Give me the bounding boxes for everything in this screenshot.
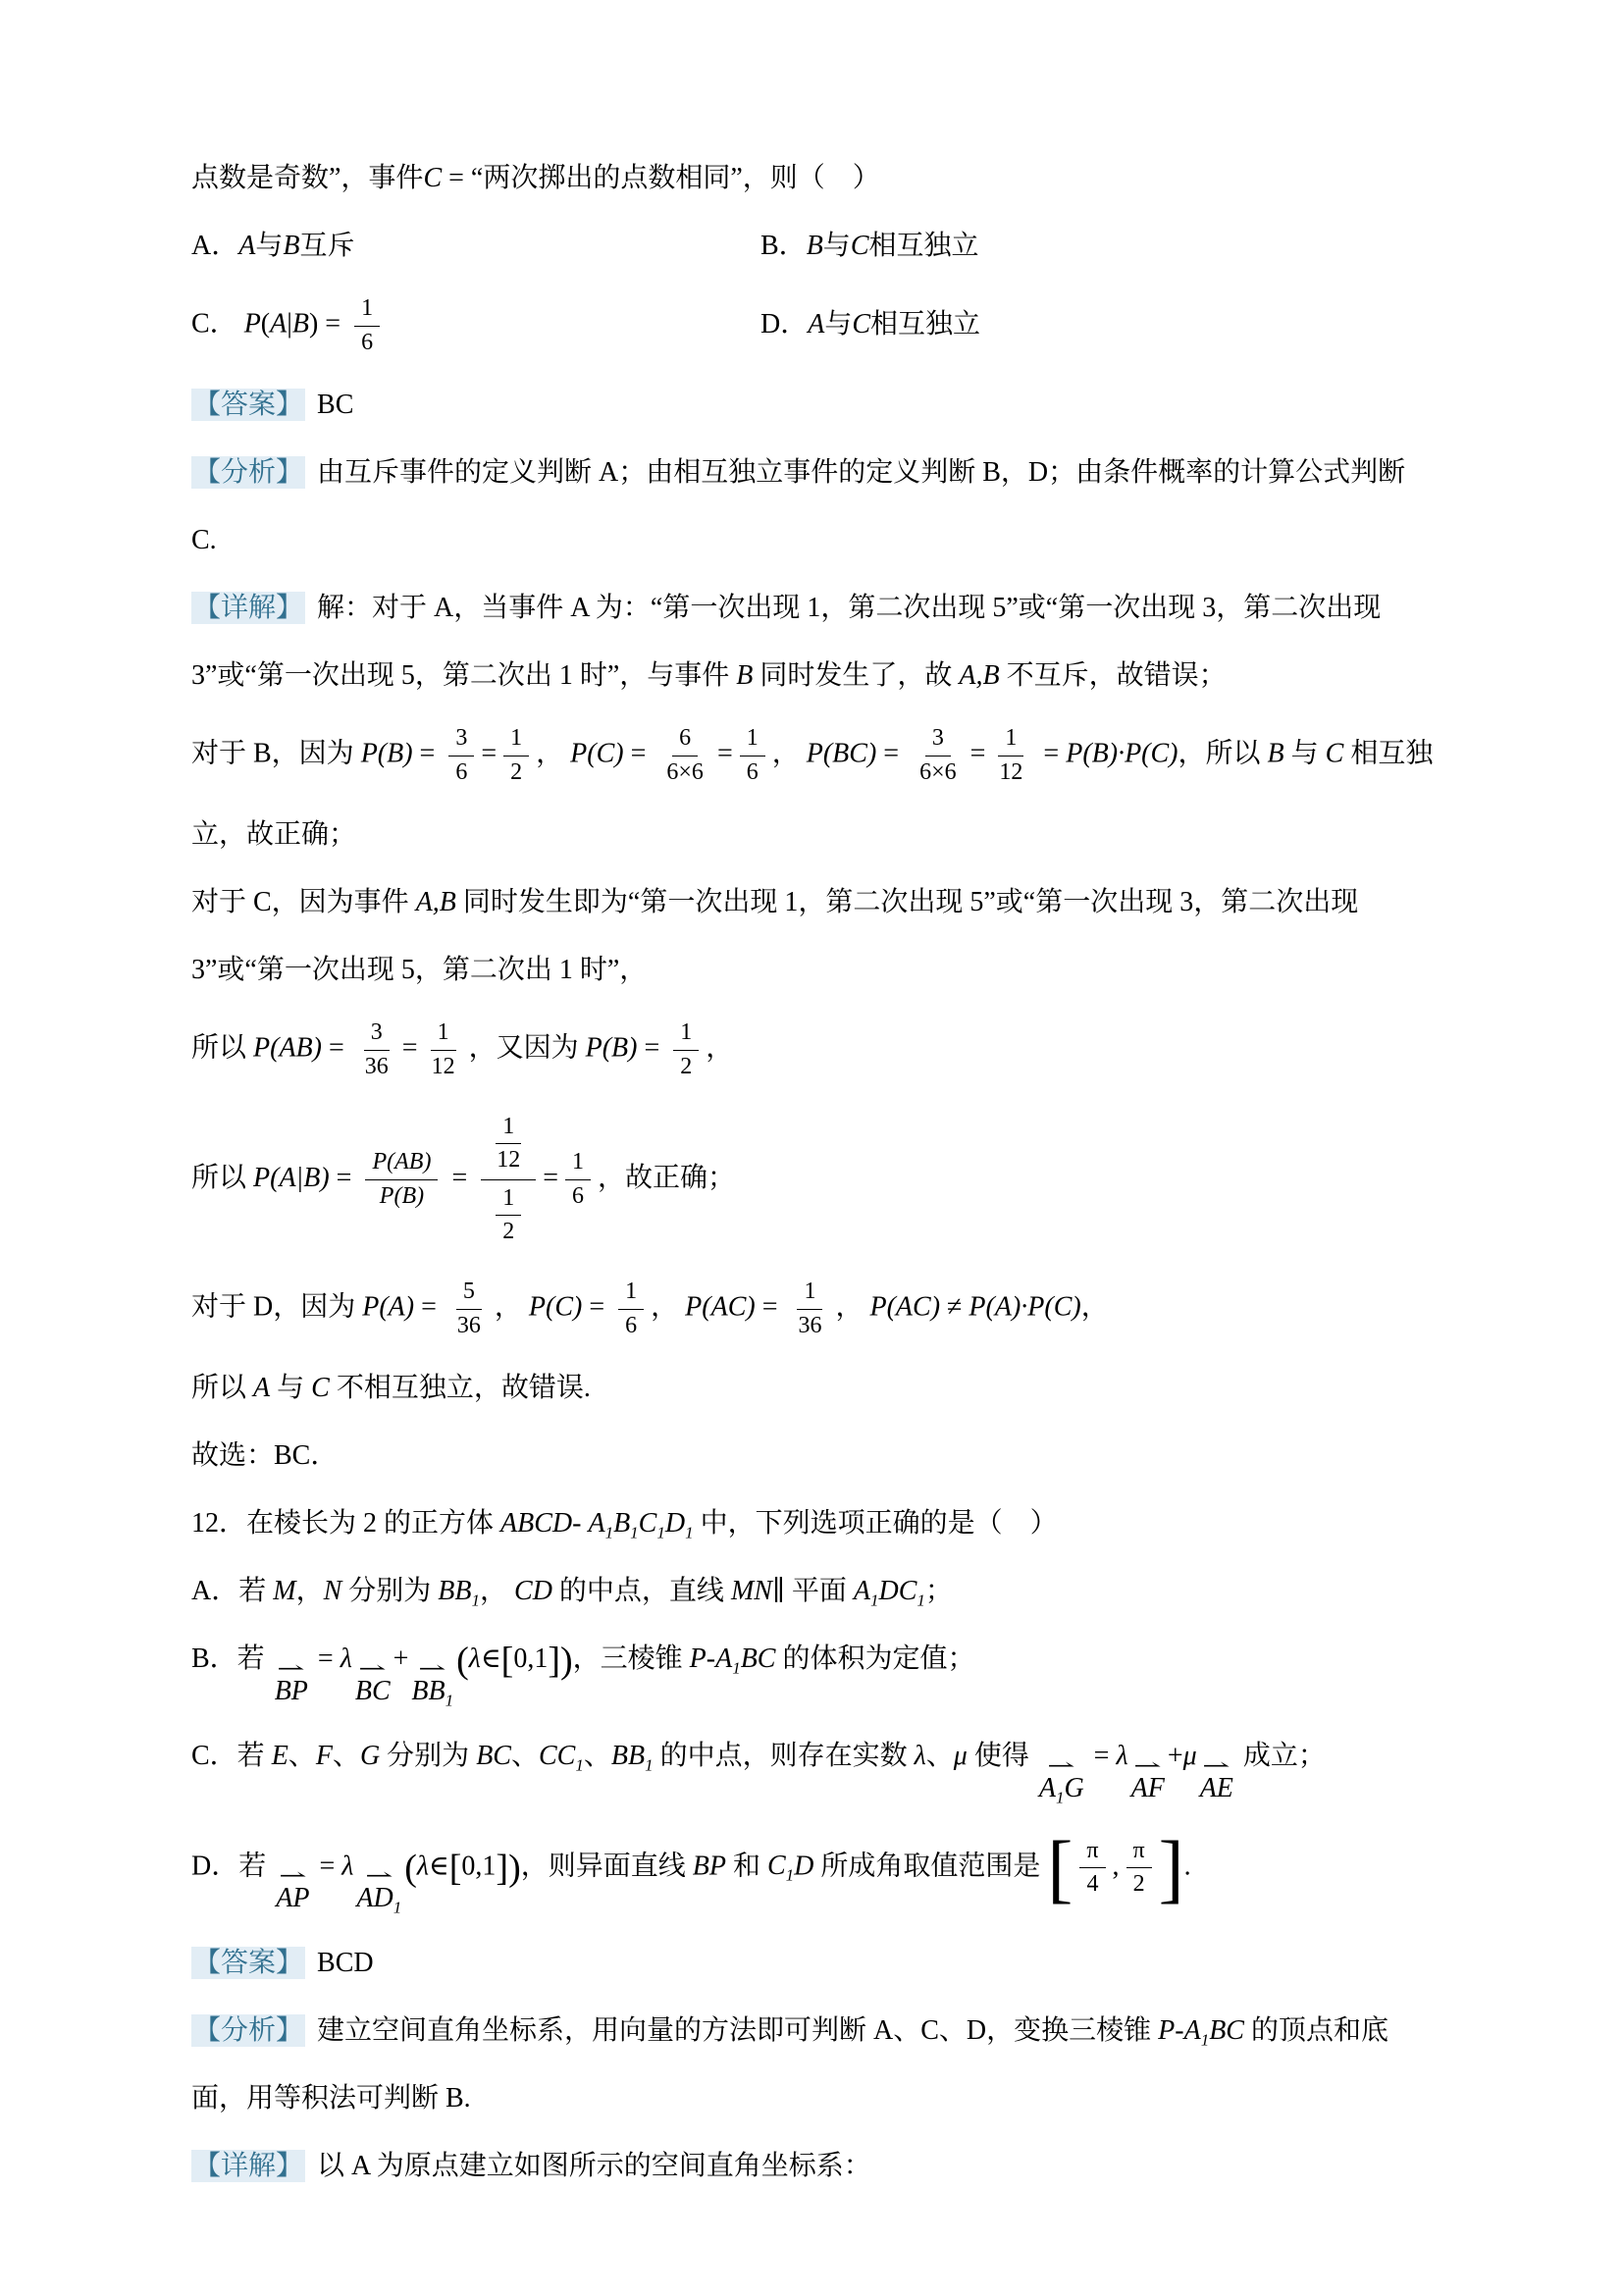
- text-run: 3”或“第一次出现 5，第二次出 1 时”，: [191, 955, 647, 985]
- text-run: 由互斥事件的定义判断 A；由相互独立事件的定义判断 B，D；由条件概率的计算公式…: [317, 457, 1405, 488]
- bracket: ): [508, 1848, 521, 1889]
- section-label: 【详解】: [191, 2150, 305, 2182]
- numerator: 1: [565, 1149, 591, 1180]
- text-run: ,: [1113, 1851, 1120, 1881]
- vector-term: ⇀BP: [275, 1664, 308, 1707]
- vector-base: BP: [275, 1676, 308, 1707]
- math-var: C: [851, 231, 869, 261]
- numerator: 1: [740, 725, 765, 757]
- math-var: BC: [741, 1644, 776, 1674]
- math-var: AF: [1131, 1773, 1165, 1803]
- text-run: 所以: [191, 1163, 253, 1193]
- math-var: M: [273, 1576, 295, 1606]
- text-run: ，三棱锥: [573, 1644, 690, 1674]
- subscripted-var: C1: [767, 1851, 794, 1881]
- math-var: D: [665, 1508, 685, 1539]
- numerator: 1: [673, 1019, 699, 1051]
- denominator: 6: [354, 327, 380, 357]
- option-cell: A．A与B互斥: [191, 228, 760, 265]
- denominator: 12: [487, 1180, 530, 1248]
- fraction: 12: [503, 725, 529, 786]
- math-var: AD: [356, 1883, 393, 1913]
- fraction: 16: [740, 725, 765, 786]
- subscript: 1: [786, 1866, 795, 1885]
- subscript: 1: [685, 1524, 694, 1542]
- text-run: ，故正确；: [598, 1163, 735, 1193]
- vector-base: A1G: [1039, 1773, 1084, 1804]
- denominator: P(B): [373, 1180, 431, 1211]
- numerator: 1: [496, 1185, 521, 1217]
- numerator: 1: [354, 295, 380, 327]
- math-var: A,B: [959, 660, 999, 691]
- text-run: 分别为: [380, 1741, 476, 1771]
- math-var: B: [292, 309, 309, 339]
- denominator: 12: [992, 757, 1029, 787]
- fraction: 11212: [481, 1112, 536, 1248]
- text-run: +: [393, 1644, 409, 1674]
- numerator: 1: [618, 1278, 644, 1310]
- math-var: D: [794, 1851, 813, 1881]
- text-line: 3”或“第一次出现 5，第二次出 1 时”，与事件 B 同时发生了，故 A,B …: [191, 657, 1497, 695]
- text-run: 故选：BC．: [191, 1440, 338, 1471]
- subscript: 1: [630, 1524, 639, 1542]
- math-var: λ: [340, 1644, 352, 1674]
- vector-term: ⇀A1G: [1039, 1761, 1084, 1804]
- math-var: C: [639, 1508, 657, 1539]
- math-var: C: [1326, 739, 1344, 769]
- denominator: 6: [740, 757, 765, 787]
- text-line: 【答案】BCD: [191, 1945, 1497, 1982]
- text-line: 所以 A 与 C 不相互独立，故错误.: [191, 1370, 1497, 1407]
- bracket: (: [456, 1641, 469, 1682]
- math-var: P(C): [570, 739, 623, 769]
- math-var: C: [852, 309, 870, 339]
- text-run: 、: [288, 1741, 316, 1771]
- math-var: BP: [275, 1676, 308, 1706]
- denominator: 6: [448, 757, 474, 787]
- text-run: -: [1175, 2015, 1183, 2046]
- math-var: B: [1268, 739, 1284, 769]
- text-line: 对于 C，因为事件 A,B 同时发生即为“第一次出现 1，第二次出现 5”或“第…: [191, 884, 1497, 921]
- denominator: 4: [1079, 1868, 1105, 1899]
- fraction: 12: [673, 1019, 699, 1080]
- math-var: A: [715, 1644, 732, 1674]
- subscript: 1: [575, 1756, 584, 1775]
- math-var: P(B)·P(C): [1066, 739, 1178, 769]
- math-var: B: [807, 231, 823, 261]
- math-var: A: [238, 231, 255, 261]
- subscript: 1: [732, 1659, 741, 1678]
- math-var: F: [316, 1741, 333, 1771]
- text-run: ，: [495, 1291, 529, 1322]
- option-cell: D．A与C相互独立: [760, 306, 980, 343]
- text-run: D．若: [191, 1851, 273, 1881]
- text-run: =: [717, 739, 733, 769]
- denominator: 36: [791, 1310, 828, 1340]
- section-label: 【答案】: [191, 389, 305, 421]
- subscript: 1: [445, 1692, 454, 1710]
- denominator: 2: [503, 757, 529, 787]
- text-run: 相互独: [1343, 739, 1433, 769]
- math-var: DC: [878, 1576, 916, 1606]
- text-run: 所以: [191, 1373, 253, 1403]
- math-var: λ: [469, 1644, 481, 1674]
- text-run: = “两次掷出的点数相同”，则（ ）: [442, 163, 880, 193]
- vector-term: ⇀BB1: [411, 1664, 453, 1707]
- text-line: 面，用等积法可判断 B.: [191, 2080, 1497, 2117]
- text-line: 【答案】BC: [191, 387, 1497, 424]
- vector-term: ⇀AF: [1131, 1761, 1165, 1804]
- math-var: A: [253, 1373, 270, 1403]
- vector-base: BB1: [411, 1676, 453, 1707]
- numerator: P(AB): [365, 1149, 438, 1180]
- text-run: (: [261, 309, 270, 339]
- vector-base: AE: [1200, 1773, 1233, 1804]
- text-run: ，: [480, 1576, 514, 1606]
- text-run: 解：对于 A，当事件 A 为：“第一次出现 1，第二次出现 5”或“第一次出现 …: [317, 593, 1381, 623]
- text-run: =: [402, 1033, 418, 1064]
- option-row: C． P(A|B) = 16D．A与C相互独立: [191, 295, 1497, 356]
- math-var: A: [588, 1508, 604, 1539]
- vector-arrow-icon: ⇀: [1203, 1761, 1231, 1773]
- text-run: =: [756, 1291, 785, 1322]
- fraction: π4: [1079, 1838, 1105, 1899]
- numerator: 1: [431, 1019, 456, 1051]
- subscript: 1: [393, 1899, 402, 1917]
- text-run: =: [543, 1163, 558, 1193]
- math-var: ABCD: [500, 1508, 572, 1539]
- math-var: BB: [438, 1576, 471, 1606]
- text-run: 使得: [968, 1741, 1036, 1771]
- text-run: 相互独立: [870, 309, 980, 339]
- text-run: +: [1168, 1741, 1183, 1771]
- text-run: 与: [1284, 739, 1326, 769]
- math-var: P(B): [380, 1183, 424, 1209]
- vector-base: AD1: [356, 1883, 401, 1914]
- text-line: 所以 P(AB) = 336=112，又因为 P(B) = 12，: [191, 1019, 1497, 1080]
- text-run: 0,1: [513, 1644, 548, 1674]
- vector-arrow-icon: ⇀: [1047, 1761, 1075, 1773]
- text-run: C.: [191, 525, 217, 555]
- text-run: =: [311, 1644, 340, 1674]
- option-row: A．A与B互斥B．B与C相互独立: [191, 228, 1497, 265]
- numerator: 3: [364, 1019, 390, 1051]
- text-run: ≠: [940, 1291, 969, 1322]
- text-run: 的顶点和底: [1244, 2015, 1388, 2046]
- bracket: ]: [548, 1641, 560, 1682]
- text-line: 【分析】由互斥事件的定义判断 A；由相互独立事件的定义判断 B，D；由条件概率的…: [191, 454, 1497, 492]
- text-line: 对于 B，因为 P(B) = 36=12， P(C) = 66×6=16， P(…: [191, 725, 1497, 786]
- denominator: 2: [496, 1216, 521, 1246]
- text-run: 同时发生即为“第一次出现 1，第二次出现 5”或“第一次出现 3，第二次出现: [456, 887, 1358, 917]
- math-var: A,B: [416, 887, 456, 917]
- option-cell: C． P(A|B) = 16: [191, 295, 760, 356]
- math-var: P(AB): [372, 1149, 431, 1174]
- numerator: 6: [672, 725, 698, 757]
- math-var: P: [1158, 2015, 1175, 2046]
- math-var: A: [1039, 1773, 1056, 1803]
- text-line: B．若 ⇀BP = λ⇀BC+⇀BB1(λ∈[0,1])，三棱锥 P-A1BC …: [191, 1641, 1497, 1707]
- vector-arrow-icon: ⇀: [278, 1664, 306, 1676]
- subscripted-var: A1: [1039, 1773, 1065, 1803]
- vector-term: ⇀AP: [276, 1871, 309, 1914]
- text-run: =: [1036, 739, 1066, 769]
- numerator: 112: [481, 1112, 536, 1180]
- bracket: [: [449, 1848, 462, 1889]
- subscript: 1: [605, 1524, 614, 1542]
- math-var: μ: [954, 1741, 968, 1771]
- math-var: A: [1184, 2015, 1201, 2046]
- text-run: ∈: [481, 1644, 501, 1674]
- subscript: 1: [645, 1756, 654, 1775]
- text-run: 、: [926, 1741, 954, 1771]
- numerator: 1: [496, 1114, 521, 1145]
- text-run: 与: [824, 309, 852, 339]
- text-line: 点数是奇数”，事件C = “两次掷出的点数相同”，则（ ）: [191, 160, 1497, 197]
- vector-base: BC: [355, 1676, 391, 1707]
- text-line: 【详解】解：对于 A，当事件 A 为：“第一次出现 1，第二次出现 5”或“第一…: [191, 590, 1497, 627]
- text-run: ∥ 平面: [772, 1576, 854, 1606]
- text-run: 对于 B，因为: [191, 739, 361, 769]
- math-var: P(AC): [870, 1291, 941, 1322]
- math-var: P(BC): [807, 739, 877, 769]
- fraction: π2: [1126, 1838, 1152, 1899]
- math-var: μ: [1183, 1741, 1197, 1771]
- fraction: 16: [565, 1149, 591, 1210]
- text-run: =: [322, 1033, 351, 1064]
- math-var: BB: [611, 1741, 645, 1771]
- math-var: B: [283, 231, 299, 261]
- text-run: ，: [706, 1033, 733, 1064]
- document-content: 点数是奇数”，事件C = “两次掷出的点数相同”，则（ ）A．A与B互斥B．B与…: [191, 160, 1497, 2185]
- text-run: 互斥: [299, 231, 354, 261]
- text-run: 、: [511, 1741, 539, 1771]
- math-var: G: [360, 1741, 380, 1771]
- text-run: =: [624, 739, 654, 769]
- numerator: π: [1126, 1838, 1152, 1869]
- denominator: 36: [358, 1051, 395, 1081]
- math-var: P(AC): [685, 1291, 756, 1322]
- text-run: ，: [1081, 1291, 1109, 1322]
- text-line: 12．在棱长为 2 的正方体 ABCD- A1B1C1D1 中，下列选项正确的是…: [191, 1505, 1497, 1542]
- subscripted-var: DC1: [878, 1576, 924, 1606]
- text-run: 、: [333, 1741, 360, 1771]
- math-var: MN: [731, 1576, 772, 1606]
- vector-arrow-icon: ⇀: [1133, 1761, 1162, 1773]
- subscripted-var: BB1: [611, 1741, 654, 1771]
- math-var: BC: [1209, 2015, 1244, 2046]
- math-var: N: [324, 1576, 342, 1606]
- math-var: C: [311, 1373, 330, 1403]
- text-run: =: [1087, 1741, 1117, 1771]
- text-run: 3”或“第一次出现 5，第二次出 1 时”，与事件: [191, 660, 736, 691]
- math-var: A: [808, 309, 824, 339]
- text-line: 【详解】以 A 为原点建立如图所示的空间直角坐标系：: [191, 2148, 1497, 2185]
- text-line: 立，故正确；: [191, 816, 1497, 854]
- math-var: BC: [355, 1676, 391, 1706]
- subscript: 1: [916, 1592, 925, 1610]
- text-run: B．若: [191, 1644, 272, 1674]
- math-var: AE: [1200, 1773, 1233, 1803]
- fraction: 536: [450, 1278, 488, 1339]
- math-var: P(B): [361, 739, 413, 769]
- fraction: 112: [425, 1019, 462, 1080]
- text-run: =: [582, 1291, 611, 1322]
- section-label: 【分析】: [191, 456, 305, 489]
- denominator: 12: [425, 1051, 462, 1081]
- fraction: 36×6: [913, 725, 964, 786]
- text-run: =: [970, 739, 986, 769]
- text-run: 不互斥，故错误；: [1000, 660, 1227, 691]
- text-line: A．若 M，N 分别为 BB1， CD 的中点，直线 MN∥ 平面 A1DC1；: [191, 1573, 1497, 1610]
- text-run: 0,1: [461, 1851, 496, 1881]
- text-run: 同时发生了，故: [753, 660, 959, 691]
- text-run: 建立空间直角坐标系，用向量的方法即可判断 A、C、D，变换三棱锥: [317, 2015, 1158, 2046]
- text-run: 中，下列选项正确的是（ ）: [694, 1508, 1058, 1539]
- subscripted-var: A1: [715, 1644, 741, 1674]
- math-var: P: [244, 309, 261, 339]
- subscript: 1: [656, 1524, 665, 1542]
- math-var: λ: [417, 1851, 429, 1881]
- text-run: =: [330, 1163, 359, 1193]
- fraction: 12: [496, 1185, 521, 1246]
- fraction: 136: [791, 1278, 828, 1339]
- math-var: P(B): [586, 1033, 638, 1064]
- denominator: 6: [565, 1180, 591, 1211]
- math-var: BP: [693, 1851, 726, 1881]
- fraction: 36: [448, 725, 474, 786]
- numerator: 1: [503, 725, 529, 757]
- text-run: 以 A 为原点建立如图所示的空间直角坐标系：: [317, 2151, 871, 2181]
- math-var: P(A)·P(C): [969, 1291, 1080, 1322]
- math-var: C: [423, 163, 442, 193]
- document-page: 点数是奇数”，事件C = “两次掷出的点数相同”，则（ ）A．A与B互斥B．B与…: [0, 0, 1623, 2296]
- text-run: =: [445, 1163, 474, 1193]
- math-var: λ: [341, 1851, 353, 1881]
- text-run: 成立；: [1236, 1741, 1326, 1771]
- text-run: ) =: [309, 309, 347, 339]
- text-run: 与: [270, 1373, 311, 1403]
- math-var: E: [272, 1741, 288, 1771]
- text-run: 对于 D，因为: [191, 1291, 362, 1322]
- text-run: 所以: [191, 1033, 253, 1064]
- text-run: C．: [191, 309, 244, 339]
- text-run: A．若: [191, 1576, 273, 1606]
- math-var: BC: [476, 1741, 511, 1771]
- text-run: 相互独立: [869, 231, 979, 261]
- math-var: P(A|B): [253, 1163, 330, 1193]
- subscripted-var: CC1: [539, 1741, 584, 1771]
- bracket: ]: [496, 1848, 508, 1889]
- subscripted-var: AD1: [356, 1883, 401, 1913]
- text-run: B．: [760, 231, 807, 261]
- math-var: CD: [514, 1576, 552, 1606]
- math-var: C: [767, 1851, 786, 1881]
- text-run: 立，故正确；: [191, 819, 356, 850]
- math-var: B: [613, 1508, 630, 1539]
- numerator: 5: [456, 1278, 482, 1310]
- option-cell: B．B与C相互独立: [760, 228, 979, 265]
- math-var: λ: [1116, 1741, 1127, 1771]
- text-run: ；: [925, 1576, 953, 1606]
- text-run: =: [637, 1033, 666, 1064]
- text-run: ，又因为: [469, 1033, 586, 1064]
- bracket: (: [404, 1848, 417, 1889]
- subscripted-var: A1: [588, 1508, 613, 1539]
- subscript: 1: [472, 1592, 481, 1610]
- math-var: A: [854, 1576, 870, 1606]
- text-line: 所以 P(A|B) = P(AB)P(B) = 11212=16，故正确；: [191, 1112, 1497, 1248]
- subscripted-var: B1: [613, 1508, 639, 1539]
- text-run: ，: [835, 1291, 869, 1322]
- numerator: 3: [925, 725, 951, 757]
- text-run: 面，用等积法可判断 B.: [191, 2083, 471, 2113]
- text-run: 不相互独立，故错误.: [330, 1373, 591, 1403]
- text-run: ∈: [429, 1851, 449, 1881]
- subscripted-var: A1: [854, 1576, 879, 1606]
- text-run: =: [312, 1851, 341, 1881]
- section-label: 【分析】: [191, 2014, 305, 2047]
- fraction: 16: [354, 295, 380, 356]
- big-bracket: [: [1047, 1825, 1073, 1910]
- text-run: BC: [317, 390, 353, 420]
- fraction: 336: [358, 1019, 395, 1080]
- numerator: 3: [448, 725, 474, 757]
- subscripted-var: BB1: [438, 1576, 480, 1606]
- text-run: 对于 C，因为事件: [191, 887, 416, 917]
- text-run: D．: [760, 309, 808, 339]
- text-run: =: [481, 739, 497, 769]
- text-run: 所成角取值范围是: [813, 1851, 1047, 1881]
- text-line: 【分析】建立空间直角坐标系，用向量的方法即可判断 A、C、D，变换三棱锥 P-A…: [191, 2012, 1497, 2050]
- text-line: 3”或“第一次出现 5，第二次出 1 时”，: [191, 952, 1497, 989]
- text-run: 的中点，直线: [552, 1576, 731, 1606]
- denominator: 6×6: [913, 757, 964, 787]
- math-var: P: [690, 1644, 707, 1674]
- vector-arrow-icon: ⇀: [419, 1664, 447, 1676]
- numerator: π: [1079, 1838, 1105, 1869]
- text-run: BCD: [317, 1948, 374, 1978]
- text-run: 与: [823, 231, 851, 261]
- text-run: -: [707, 1644, 715, 1674]
- section-label: 【答案】: [191, 1947, 305, 1979]
- denominator: 6×6: [659, 757, 710, 787]
- text-run: =: [876, 739, 906, 769]
- denominator: 2: [1126, 1868, 1152, 1899]
- fraction: 16: [618, 1278, 644, 1339]
- denominator: 6: [618, 1310, 644, 1340]
- math-var: AP: [276, 1883, 309, 1913]
- text-run: ，则异面直线: [521, 1851, 693, 1881]
- text-line: D．若 ⇀AP = λ⇀AD1(λ∈[0,1])，则异面直线 BP 和 C1D …: [191, 1836, 1497, 1915]
- subscript: 1: [1201, 2031, 1210, 2050]
- vector-arrow-icon: ⇀: [279, 1871, 307, 1883]
- text-run: ，: [651, 1291, 685, 1322]
- math-var: P(A): [362, 1291, 414, 1322]
- text-line: 对于 D，因为 P(A) = 536， P(C) = 16， P(AC) = 1…: [191, 1278, 1497, 1339]
- math-var: A: [270, 309, 287, 339]
- text-run: .: [1184, 1851, 1191, 1881]
- vector-term: ⇀BC: [355, 1664, 391, 1707]
- text-run: =: [413, 739, 443, 769]
- math-var: CC: [539, 1741, 575, 1771]
- bracket: ): [560, 1641, 573, 1682]
- fraction: 112: [490, 1114, 527, 1174]
- vector-term: ⇀AE: [1200, 1761, 1233, 1804]
- text-run: ，: [772, 739, 807, 769]
- vector-arrow-icon: ⇀: [365, 1871, 393, 1883]
- text-line: C.: [191, 522, 1497, 559]
